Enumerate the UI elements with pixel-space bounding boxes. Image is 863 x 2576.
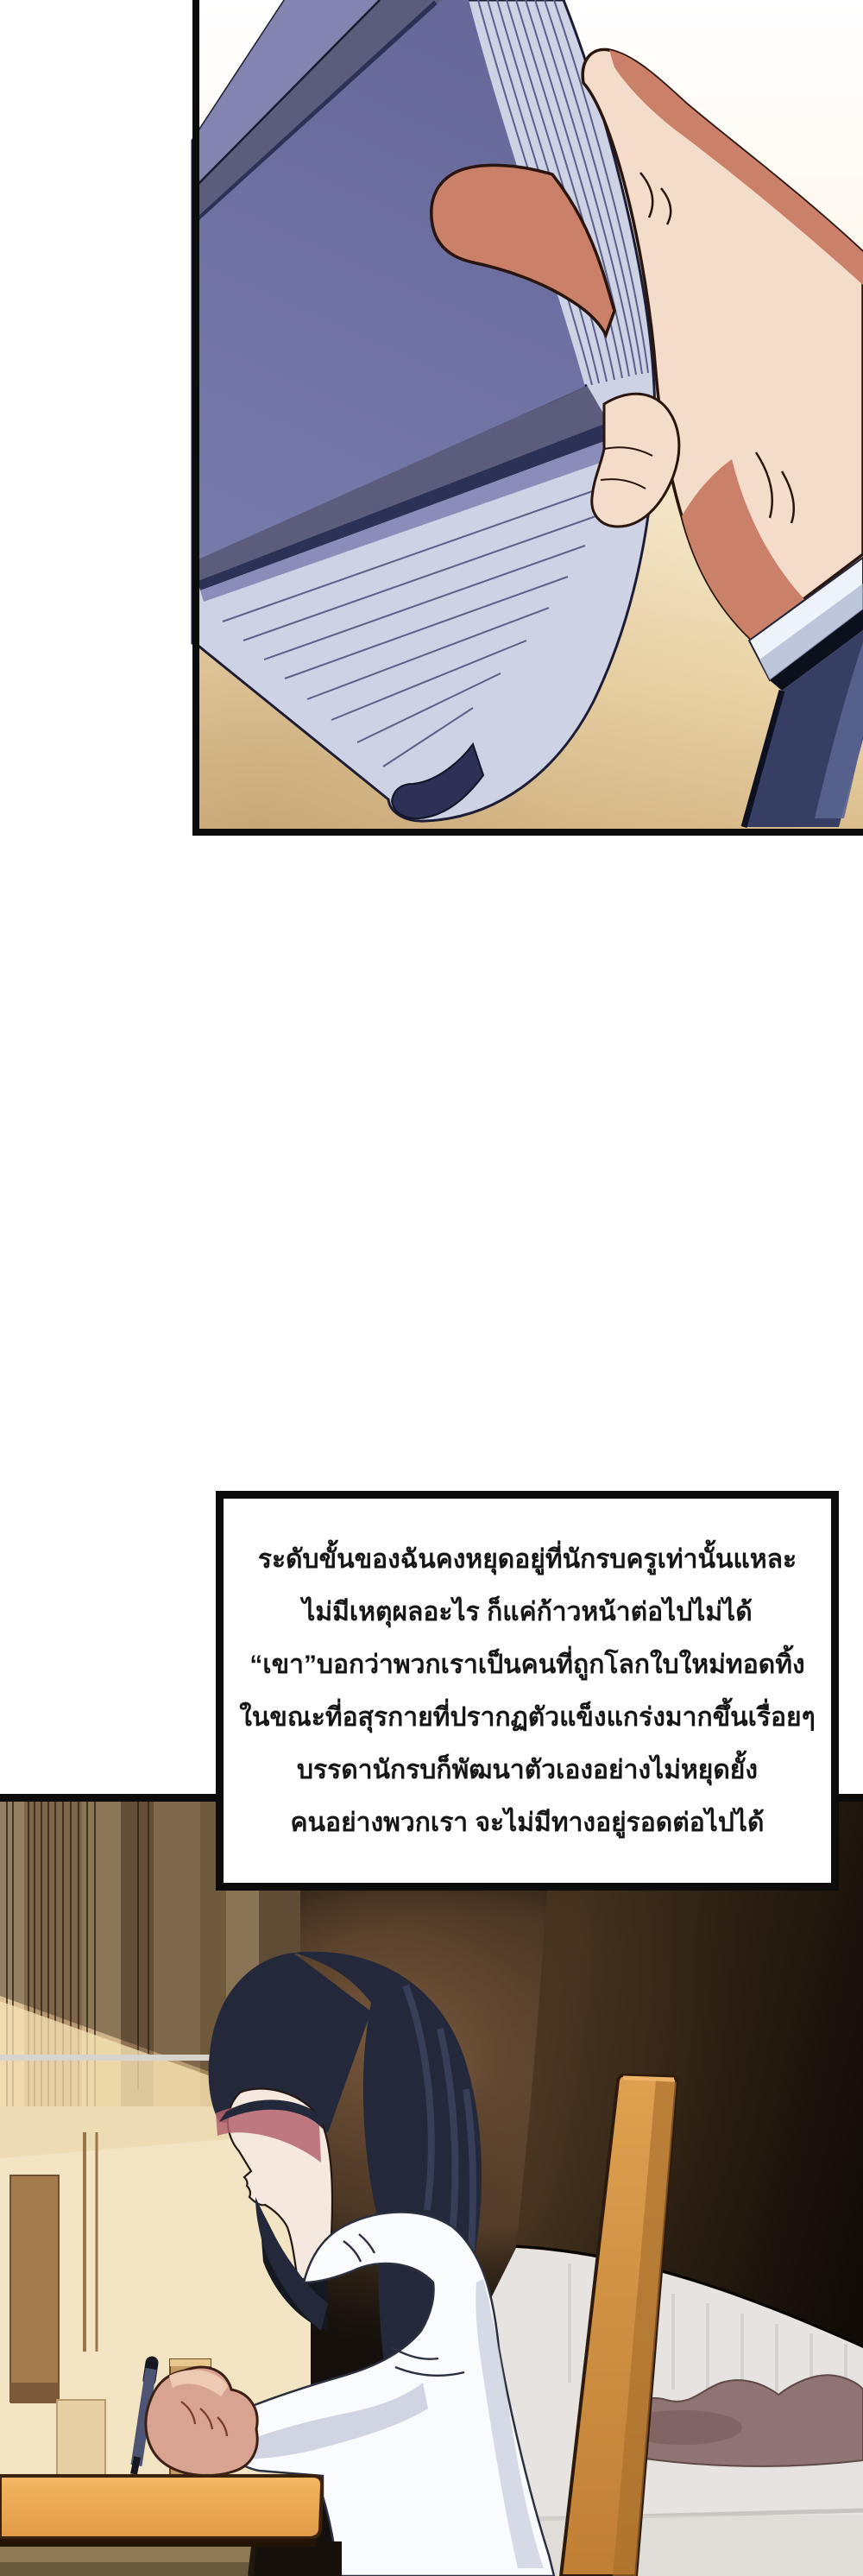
narration-line-6: คนอย่างพวกเรา จะไม่มีทางอยู่รอดต่อไปได้	[290, 1796, 764, 1849]
top-panel-illustration	[0, 0, 863, 836]
top-panel-border-left	[192, 0, 199, 836]
narration-line-1: ระดับขั้นของฉันคงหยุดอยู่ที่นักรบครูเท่า…	[258, 1533, 797, 1586]
top-panel-border-bottom	[192, 829, 863, 836]
pen-tip	[134, 2457, 137, 2474]
wooden-slat-highlight	[170, 2359, 211, 2366]
desk-edge-shadow	[0, 2539, 316, 2547]
narration-box: ระดับขั้นของฉันคงหยุดอยู่ที่นักรบครูเท่า…	[216, 1491, 839, 1891]
narration-line-2: ไม่มีเหตุผลอะไร ก็แค่ก้าวหน้าต่อไปไม่ได้	[302, 1586, 752, 1638]
chair-top-highlight	[623, 2078, 674, 2080]
wooden-block	[57, 2400, 105, 2478]
narration-line-4: ในขณะที่อสุรกายที่ปรากฏตัวแข็งแกร่งมากขึ…	[239, 1691, 815, 1744]
desk-top	[0, 2476, 322, 2538]
desk-front-shade	[0, 2562, 255, 2576]
window-sill-line	[0, 2055, 218, 2061]
bottom-panel-illustration	[0, 1794, 863, 2576]
comic-page: ระดับขั้นของฉันคงหยุดอยู่ที่นักรบครูเท่า…	[0, 0, 863, 2576]
window-frame-board	[10, 2175, 59, 2402]
desk-side-shadow	[316, 2541, 342, 2576]
narration-line-3: “เขา”บอกว่าพวกเราเป็นคนที่ถูกโลกใบใหม่ทอ…	[249, 1638, 804, 1691]
narration-line-5: บรรดานักรบก็พัฒนาตัวเองอย่างไม่หยุดยั้ง	[297, 1744, 758, 1796]
frame-board-base	[10, 2383, 59, 2403]
